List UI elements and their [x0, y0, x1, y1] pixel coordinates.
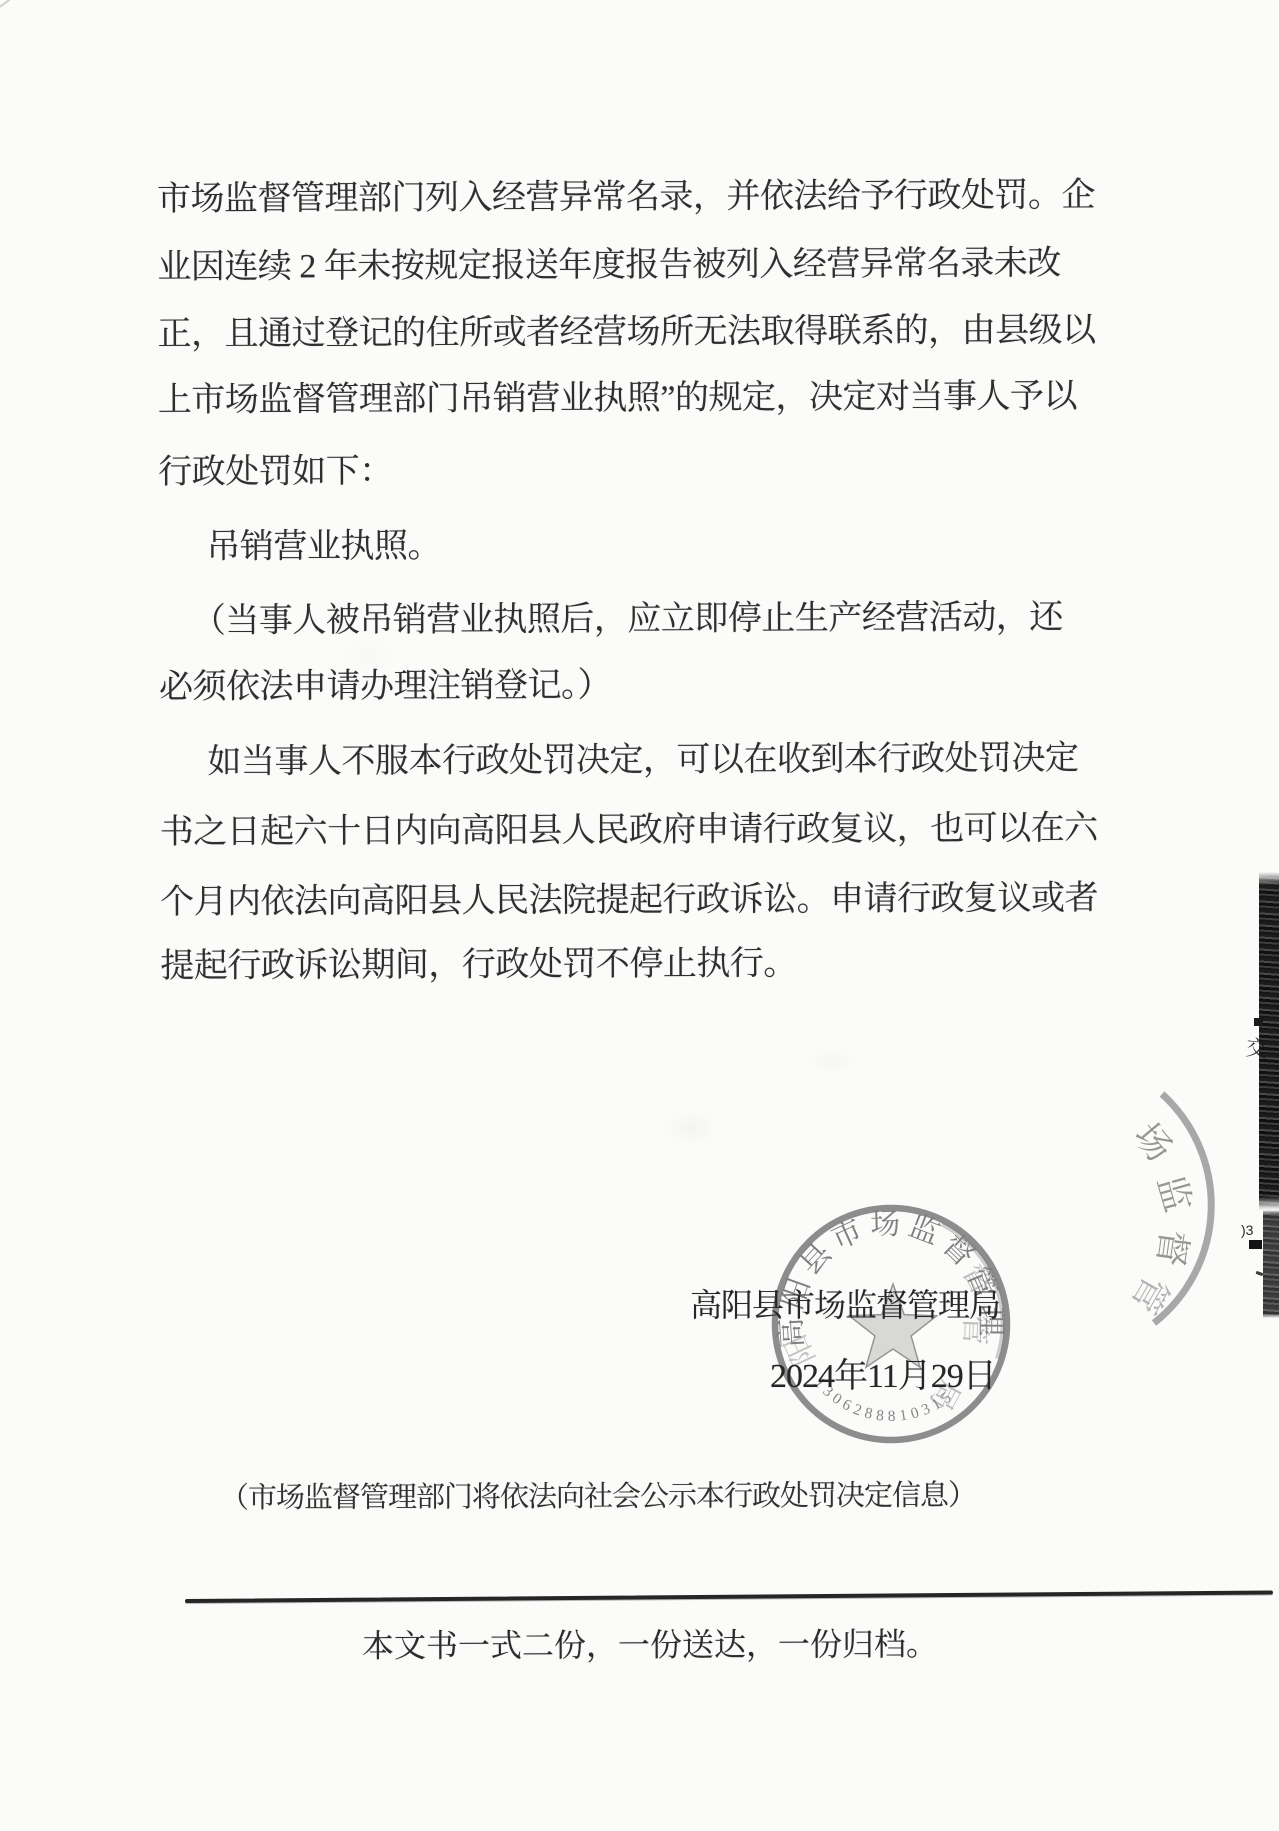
body-line: 行政处罚如下：	[158, 455, 393, 490]
body-line: 个月内依法向高阳县人民法院提起行政诉讼。申请行政复议或者	[160, 882, 1098, 920]
footer-rule	[185, 1590, 1273, 1603]
scan-smudge	[664, 1112, 718, 1144]
body-line: 业因连续 2 年未按规定报送年度报告被列入经营异常名录未改	[157, 247, 1061, 285]
partial-seal-char: 监	[1150, 1171, 1198, 1217]
footer-note: 本文书一式二份，一份送达，一份归档。	[362, 1619, 938, 1667]
partial-seal-char: 场	[1126, 1116, 1180, 1169]
publicity-note: （市场监督管理部门将依法向社会公示本行政处罚决定信息）	[220, 1473, 976, 1517]
scan-edge-mark: )3	[1241, 1222, 1253, 1238]
body-line: 必须依法申请办理注销登记。）	[159, 669, 611, 705]
issuing-authority: 高阳县市场监督管理局	[690, 1280, 1000, 1326]
body-line: （当事人被吊销营业执照后，应立即停止生产经营活动，还	[192, 601, 1063, 639]
body-line: 如当事人不服本行政处罚决定，可以在收到本行政处罚决定	[207, 742, 1078, 780]
body-line: 正，且通过登记的住所或者经营场所无法取得联系的，由县级以	[158, 314, 1096, 352]
scanned-document-page: 市场监督管理部门列入经营异常名录，并依法给予行政处罚。企 业因连续 2 年未按规…	[0, 0, 1279, 1831]
body-line: 提起行政诉讼期间，行政处罚不停止执行。	[160, 947, 797, 984]
scan-edge-band	[1263, 1210, 1279, 1318]
partial-seal-char: 督	[1150, 1228, 1195, 1269]
scan-edge-mark	[1254, 1018, 1263, 1026]
scan-edge-glyph: 交	[1244, 1031, 1269, 1064]
scan-edge-mark	[1249, 1240, 1262, 1249]
decision-date: 2024年11月29日	[770, 1348, 996, 1397]
body-line: 书之日起六十日内向高阳县人民政府申请行政复议，也可以在六	[160, 812, 1098, 850]
body-line: 市场监督管理部门列入经营异常名录，并依法给予行政处罚。企	[157, 179, 1095, 217]
body-text: 市场监督管理部门列入经营异常名录，并依法给予行政处罚。企 业因连续 2 年未按规…	[0, 0, 1279, 1021]
body-line: 上市场监督管理部门吊销营业执照”的规定，决定对当事人予以	[158, 380, 1077, 418]
scan-smudge	[808, 1048, 856, 1074]
body-line: 吊销营业执照。	[206, 530, 441, 565]
